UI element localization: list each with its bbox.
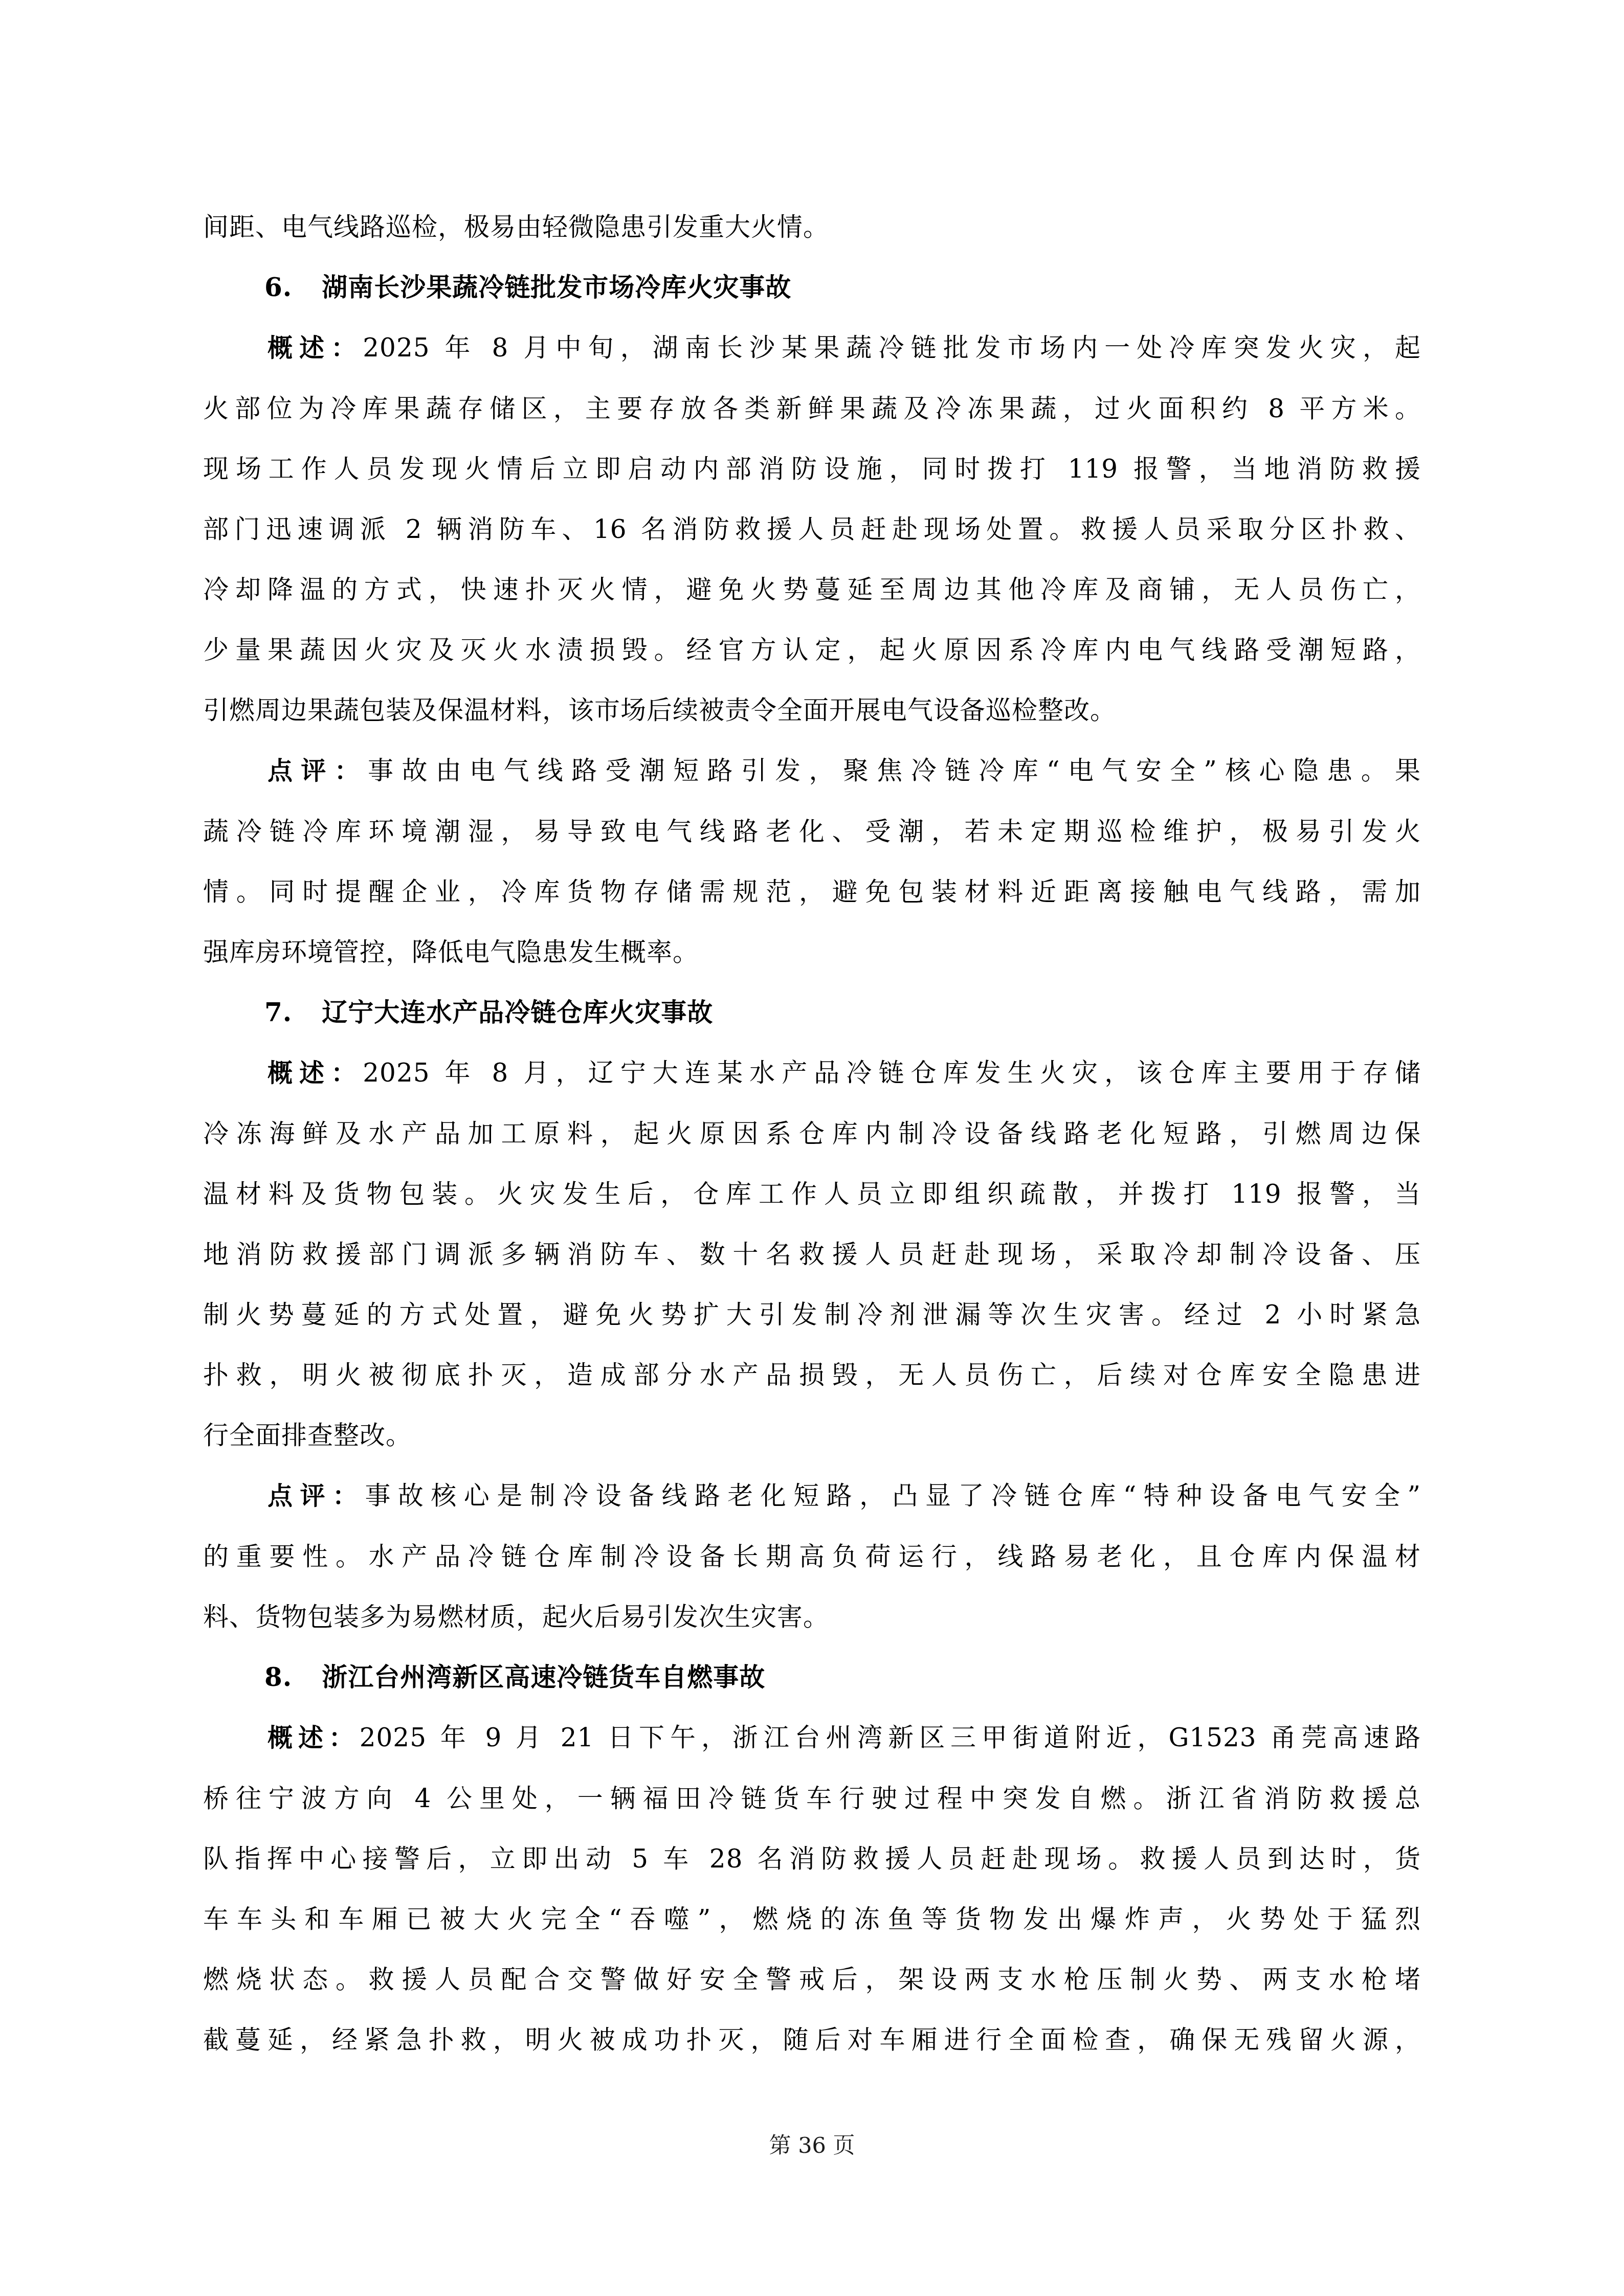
text-line: 料、货物包装多为易燃材质，起火后易引发次生灾害。 xyxy=(203,1587,1421,1647)
text-line: 行全面排查整改。 xyxy=(203,1405,1421,1466)
text-line: 地消防救援部门调派多辆消防车、数十名救援人员赶赴现场，采取冷却制冷设备、压 xyxy=(203,1224,1421,1285)
text-line: 冷却降温的方式，快速扑灭火情，避免火势蔓延至周边其他冷库及商铺，无人员伤亡， xyxy=(203,559,1421,620)
lead-label: 点评： xyxy=(268,756,368,785)
document-page: 间距、电气线路巡检，极易由轻微隐患引发重大火情。6.湖南长沙果蔬冷链批发市场冷库… xyxy=(0,0,1624,2296)
text-line: 温材料及货物包装。火灾发生后，仓库工作人员立即组织疏散，并拨打 119 报警，当 xyxy=(203,1164,1421,1224)
text-line: 概述：2025 年 8 月中旬，湖南长沙某果蔬冷链批发市场内一处冷库突发火灾，起 xyxy=(203,318,1421,378)
text-line: 间距、电气线路巡检，极易由轻微隐患引发重大火情。 xyxy=(203,197,1421,257)
text-line: 截蔓延，经紧急扑救，明火被成功扑灭，随后对车厢进行全面检查，确保无残留火源， xyxy=(203,2010,1421,2070)
text-line: 队指挥中心接警后，立即出动 5 车 28 名消防救援人员赶赴现场。救援人员到达时… xyxy=(203,1829,1421,1889)
section-number: 6. xyxy=(264,272,292,302)
section-title: 浙江台州湾新区高速冷链货车自燃事故 xyxy=(322,1662,765,1692)
text-line: 概述：2025 年 9 月 21 日下午，浙江台州湾新区三甲街道附近，G1523… xyxy=(203,1707,1421,1768)
section-number: 8. xyxy=(264,1662,292,1692)
section-heading: 7.辽宁大连水产品冷链仓库火灾事故 xyxy=(264,982,1421,1043)
section-title: 辽宁大连水产品冷链仓库火灾事故 xyxy=(322,997,713,1027)
text-line: 情。同时提醒企业，冷库货物存储需规范，避免包装材料近距离接触电气线路，需加 xyxy=(203,862,1421,922)
section-number: 7. xyxy=(264,997,292,1027)
section-heading: 8.浙江台州湾新区高速冷链货车自燃事故 xyxy=(264,1647,1421,1707)
text-line: 引燃周边果蔬包装及保温材料，该市场后续被责令全面开展电气设备巡检整改。 xyxy=(203,680,1421,740)
page-footer: 第 36 页 xyxy=(0,2131,1624,2160)
section-title: 湖南长沙果蔬冷链批发市场冷库火灾事故 xyxy=(322,272,791,302)
text-line: 桥往宁波方向 4 公里处，一辆福田冷链货车行驶过程中突发自燃。浙江省消防救援总 xyxy=(203,1768,1421,1829)
text-line: 概述：2025 年 8 月，辽宁大连某水产品冷链仓库发生火灾，该仓库主要用于存储 xyxy=(203,1043,1421,1104)
lead-label: 概述： xyxy=(268,333,363,363)
text-line: 强库房环境管控，降低电气隐患发生概率。 xyxy=(203,922,1421,982)
text-line: 少量果蔬因火灾及灭火水渍损毁。经官方认定，起火原因系冷库内电气线路受潮短路， xyxy=(203,620,1421,680)
section-heading: 6.湖南长沙果蔬冷链批发市场冷库火灾事故 xyxy=(264,257,1421,318)
text-line: 现场工作人员发现火情后立即启动内部消防设施，同时拨打 119 报警，当地消防救援 xyxy=(203,439,1421,499)
text-line: 冷冻海鲜及水产品加工原料，起火原因系仓库内制冷设备线路老化短路，引燃周边保 xyxy=(203,1104,1421,1164)
lead-label: 点评： xyxy=(268,1481,365,1511)
text-line: 部门迅速调派 2 辆消防车、16 名消防救援人员赶赴现场处置。救援人员采取分区扑… xyxy=(203,499,1421,559)
document-body: 间距、电气线路巡检，极易由轻微隐患引发重大火情。6.湖南长沙果蔬冷链批发市场冷库… xyxy=(203,197,1421,2070)
lead-label: 概述： xyxy=(268,1723,360,1752)
text-line: 扑救，明火被彻底扑灭，造成部分水产品损毁，无人员伤亡，后续对仓库安全隐患进 xyxy=(203,1345,1421,1405)
text-line: 车车头和车厢已被大火完全“吞噬”，燃烧的冻鱼等货物发出爆炸声，火势处于猛烈 xyxy=(203,1889,1421,1949)
text-line: 制火势蔓延的方式处置，避免火势扩大引发制冷剂泄漏等次生灾害。经过 2 小时紧急 xyxy=(203,1285,1421,1345)
text-line: 的重要性。水产品冷链仓库制冷设备长期高负荷运行，线路易老化，且仓库内保温材 xyxy=(203,1526,1421,1587)
page-number: 第 36 页 xyxy=(769,2133,855,2158)
lead-label: 概述： xyxy=(268,1059,363,1088)
text-line: 点评：事故核心是制冷设备线路老化短路，凸显了冷链仓库“特种设备电气安全” xyxy=(203,1466,1421,1526)
text-line: 蔬冷链冷库环境潮湿，易导致电气线路老化、受潮，若未定期巡检维护，极易引发火 xyxy=(203,801,1421,862)
text-line: 燃烧状态。救援人员配合交警做好安全警戒后，架设两支水枪压制火势、两支水枪堵 xyxy=(203,1949,1421,2010)
text-line: 点评：事故由电气线路受潮短路引发，聚焦冷链冷库“电气安全”核心隐患。果 xyxy=(203,740,1421,801)
text-line: 火部位为冷库果蔬存储区，主要存放各类新鲜果蔬及冷冻果蔬，过火面积约 8 平方米。 xyxy=(203,378,1421,439)
